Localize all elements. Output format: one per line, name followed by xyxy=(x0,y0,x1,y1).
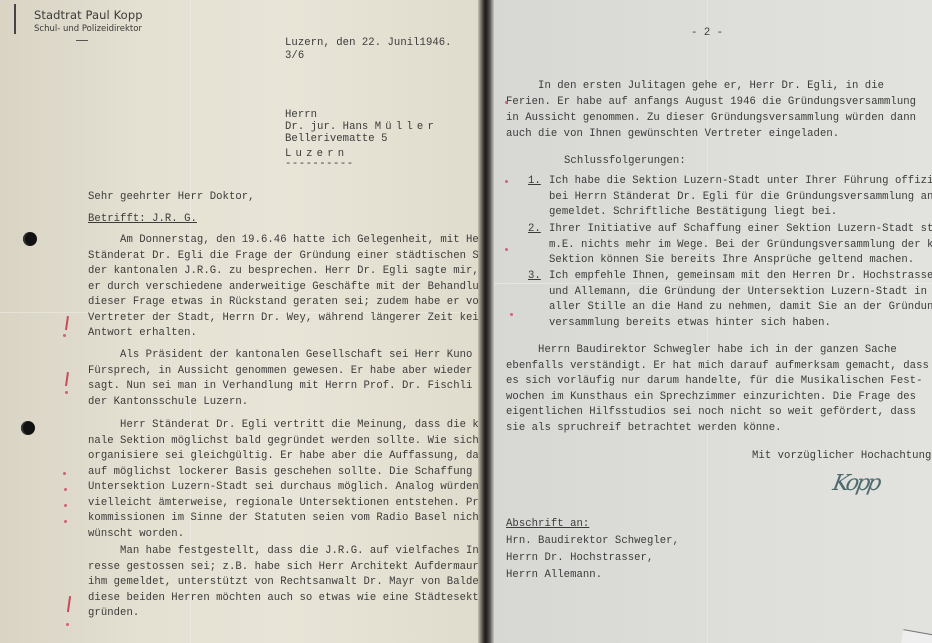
body-line: resse gestossen sei; z.B. habe sich Herr… xyxy=(88,560,478,576)
copies-heading: Abschrift an: xyxy=(506,517,589,533)
conclusion-line: Ich habe die Sektion Luzern-Stadt unter … xyxy=(549,174,932,190)
recipient-street: Bellerivematte 5 xyxy=(285,132,388,148)
conclusion-line: Ich empfehle Ihnen, gemeinsam mit den He… xyxy=(549,269,932,285)
closing-line: sie als spruchreif betrachtet werden kön… xyxy=(506,421,782,437)
conclusion-line: aller Stille an die Hand zu nehmen, dami… xyxy=(549,300,932,316)
conclusion-line: versammlung bereits etwas hinter sich ha… xyxy=(549,316,831,332)
conclusion-line: gemeldet. Schriftliche Bestätigung liegt… xyxy=(549,205,837,221)
letterhead-rule xyxy=(76,40,88,41)
valediction: Mit vorzüglicher Hochachtung, xyxy=(752,449,932,465)
margin-mark xyxy=(64,488,67,491)
copy-recipient: Hrn. Baudirektor Schwegler, xyxy=(506,534,679,550)
punch-hole xyxy=(23,232,37,246)
margin-mark xyxy=(64,504,67,507)
margin-mark xyxy=(65,372,68,386)
body-line: Fürsprech, in Aussicht genommen gewesen.… xyxy=(88,364,478,380)
intro-line: Ferien. Er habe auf anfangs August 1946 … xyxy=(506,95,916,111)
margin-mark xyxy=(505,101,508,104)
recipient-city-underline: ---------- xyxy=(285,157,354,173)
closing-line: wochen im Kunsthaus ein Sprechzimmer ein… xyxy=(506,390,916,406)
body-line: Am Donnerstag, den 19.6.46 hatte ich Gel… xyxy=(88,233,478,249)
body-line: Untersektion Luzern-Stadt sei durchaus m… xyxy=(88,480,478,496)
closing-line: es sich vorläufig nur darum handelte, fü… xyxy=(506,374,922,390)
margin-mark xyxy=(63,472,66,475)
letter-page-1: Stadtrat Paul Kopp Schul- und Polizeidir… xyxy=(0,0,478,643)
body-line: auf möglichst lockerer Basis geschehen s… xyxy=(88,465,478,481)
body-line: Vertreter der Stadt, Herrn Dr. Wey, währ… xyxy=(88,311,478,327)
punch-hole xyxy=(21,421,35,435)
closing-line: Herrn Baudirektor Schwegler habe ich in … xyxy=(506,343,897,359)
body-line: organisiere sei gleichgültig. Er habe ab… xyxy=(88,449,478,465)
sender-name: Stadtrat Paul Kopp xyxy=(34,8,143,22)
subject-line: Betrifft: J.R. G. xyxy=(88,212,197,228)
page-gutter xyxy=(478,0,494,643)
body-line: Ständerat Dr. Egli die Frage der Gründun… xyxy=(88,249,478,265)
conclusion-number: 2. xyxy=(528,222,541,238)
margin-mark xyxy=(64,520,67,523)
conclusion-line: und Allemann, die Gründung der Untersekt… xyxy=(549,285,927,301)
greeting: Sehr geehrter Herr Doktor, xyxy=(88,190,255,206)
intro-line: auch die von Ihnen gewünschten Vertreter… xyxy=(506,127,839,143)
body-line: vielleicht ämterweise, regionale Unterse… xyxy=(88,496,478,512)
conclusions-heading: Schlussfolgerungen: xyxy=(564,154,686,170)
letterhead: Stadtrat Paul Kopp Schul- und Polizeidir… xyxy=(34,8,143,41)
conclusion-line: Sektion können Sie bereits Ihre Ansprüch… xyxy=(549,253,914,269)
closing-line: eigentlichen Hilfsstudios sei noch nicht… xyxy=(506,405,916,421)
body-line: sagt. Nun sei man in Verhandlung mit Her… xyxy=(88,379,478,395)
body-line: er durch verschiedene anderweitige Gesch… xyxy=(88,280,478,296)
body-line: der Kantonsschule Luzern. xyxy=(88,395,248,411)
sender-title: Schul- und Polizeidirektor xyxy=(34,24,143,34)
handwritten-signature: Kopp xyxy=(831,471,881,496)
body-line: Man habe festgestellt, dass die J.R.G. a… xyxy=(88,544,478,560)
body-line: nale Sektion möglichst bald gegründet we… xyxy=(88,434,478,450)
page-number: - 2 - xyxy=(691,26,723,42)
margin-mark xyxy=(63,334,66,337)
conclusion-number: 3. xyxy=(528,269,541,285)
copy-recipient: Herrn Dr. Hochstrasser, xyxy=(506,551,653,567)
intro-line: In den ersten Julitagen gehe er, Herr Dr… xyxy=(506,79,884,95)
copy-recipient: Herrn Allemann. xyxy=(506,568,602,584)
body-line: dieser Frage etwas in Rückstand geraten … xyxy=(88,295,478,311)
reference-number: 3/6 xyxy=(285,49,304,65)
margin-mark xyxy=(65,391,68,394)
conclusion-line: m.E. nichts mehr im Wege. Bei der Gründu… xyxy=(549,238,932,254)
body-line: Als Präsident der kantonalen Gesellschaf… xyxy=(88,348,478,364)
conclusion-number: 1. xyxy=(528,174,541,190)
margin-mark xyxy=(66,623,69,626)
conclusion-line: bei Herrn Ständerat Dr. Egli für die Grü… xyxy=(549,190,932,206)
body-line: wünscht worden. xyxy=(88,527,184,543)
intro-line: in Aussicht genommen. Zu dieser Gründung… xyxy=(506,111,916,127)
dateline: Luzern, den 22. Junil1946. xyxy=(285,36,452,52)
body-line: ihm gemeldet, unterstützt von Rechtsanwa… xyxy=(88,575,478,591)
margin-mark xyxy=(67,596,71,612)
margin-mark xyxy=(505,248,508,251)
body-line: kommissionen im Sinne der Statuten seien… xyxy=(88,511,478,527)
margin-mark xyxy=(510,313,513,316)
body-line: der kantonalen J.R.G. zu besprechen. Her… xyxy=(88,264,478,280)
body-line: Antwort erhalten. xyxy=(88,326,197,342)
margin-mark xyxy=(505,180,508,183)
letter-page-2: - 2 - In den ersten Julitagen gehe er, H… xyxy=(494,0,932,643)
body-line: Herr Ständerat Dr. Egli vertritt die Mei… xyxy=(88,418,478,434)
pencil-mark xyxy=(14,4,16,34)
closing-line: ebenfalls verständigt. Er hat mich darau… xyxy=(506,359,929,375)
body-line: gründen. xyxy=(88,606,139,622)
conclusion-line: Ihrer Initiative auf Schaffung einer Sek… xyxy=(549,222,932,238)
body-line: diese beiden Herren möchten auch so etwa… xyxy=(88,591,478,607)
margin-mark xyxy=(65,316,68,330)
